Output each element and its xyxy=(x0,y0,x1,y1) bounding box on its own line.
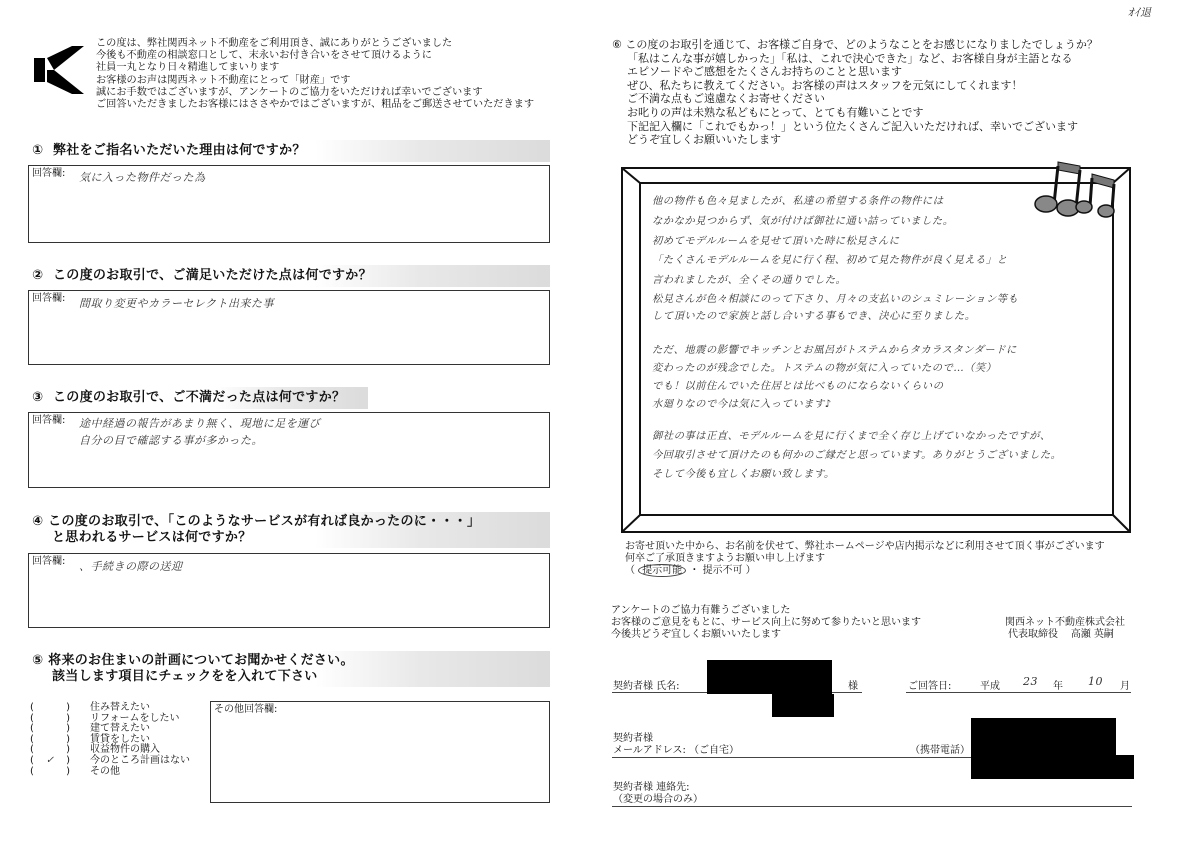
publish-not-allowed-option[interactable]: 提示不可 xyxy=(703,565,743,576)
question-4-title: ④ この度のお取引で、「このようなサービスが有れば良かったのに・・・」 と思われ… xyxy=(32,514,480,546)
plans-other-answer-box[interactable]: その他回答欄: xyxy=(210,701,550,803)
comment-line xyxy=(652,325,1061,341)
comment-line: でも！以前住んでいた住居とは比べものにならないくらいの xyxy=(652,377,1061,395)
answer-label: 回答欄: xyxy=(32,556,65,568)
publish-options: （ 提示可能 ・ 提示不可 ） xyxy=(625,565,1105,577)
name-field-redacted-2 xyxy=(772,694,834,717)
comment-line: 変わったのが残念でした。トステムの物が気に入っていたので…（笑） xyxy=(652,359,1061,377)
comment-line: 言われましたが、全くその通りでした。 xyxy=(652,271,1061,291)
publish-allowed-option[interactable]: 提示可能 xyxy=(638,564,686,577)
check-mark: ✓ xyxy=(46,756,54,767)
year-field[interactable]: 23 xyxy=(1023,675,1038,688)
question-2-title: ② この度のお取引で、ご満足いただけた点は何ですか？ xyxy=(32,268,372,284)
answer-label: 回答欄: xyxy=(32,168,65,180)
month-field[interactable]: 10 xyxy=(1088,675,1103,688)
mobile-field-redacted-2 xyxy=(971,755,1134,779)
other-answer-label: その他回答欄: xyxy=(214,704,277,716)
year-unit: 年 xyxy=(1053,681,1063,693)
plan-option[interactable]: ()その他 xyxy=(30,767,190,778)
comment-line: 初めてモデルルームを見せて頂いた時に松見さんに xyxy=(652,232,1061,252)
plans-checklist: ()住み替えたい ()リフォームをしたい ()建て替えたい ()賃貸をしたい (… xyxy=(30,703,190,777)
mobile-field-redacted[interactable] xyxy=(971,718,1116,758)
era-label: 平成 xyxy=(980,681,1000,693)
name-label: 契約者様 氏名: xyxy=(613,681,680,693)
plan-option[interactable]: ()住み替えたい xyxy=(30,703,190,714)
contact-field[interactable] xyxy=(612,806,1132,807)
plan-option[interactable]: (✓)今のところ計画はない xyxy=(30,756,190,767)
mobile-label: （携帯電話） xyxy=(910,745,970,757)
question-3-answer: 途中経過の報告があまり無く、現地に足を運び 自分の目で確認する事が多かった。 xyxy=(79,415,320,449)
corner-handwriting: ｵｲ退 xyxy=(1128,4,1152,20)
intro-text: この度は、弊社関西ネット不動産をご利用頂き、誠にありがとうございました 今後も不… xyxy=(96,38,534,111)
intro-line: 誠にお手数ではございますが、アンケートのご協力をいただければ幸いでございます xyxy=(96,87,534,99)
comment-line: そして今後も宜しくお願い致します。 xyxy=(652,465,1061,484)
question-3-title: ③ この度のお取引で、ご不満だった点は何ですか？ xyxy=(32,390,345,406)
comment-line: 他の物件も色々見ましたが、私達の希望する条件の物件には xyxy=(652,192,1061,212)
company-logo-icon xyxy=(34,46,84,94)
question-1-title: ① 弊社をご指名いただいた理由は何ですか？ xyxy=(32,143,306,159)
answer-label: 回答欄: xyxy=(32,293,65,305)
company-signature: 関西ネット不動産株式会社 代表取締役 高瀬 英嗣 xyxy=(1005,617,1125,641)
question-6-intro: ⑥ この度のお取引を通じて、お客様ご自身で、どのようなことをお感じになりましたで… xyxy=(612,38,1098,147)
name-field-redacted[interactable] xyxy=(707,660,832,694)
intro-line: この度は、弊社関西ネット不動産をご利用頂き、誠にありがとうございました xyxy=(96,38,534,50)
question-1-answer: 気に入った物件だった為 xyxy=(79,169,206,185)
comment-line: 御社の事は正直、モデルルームを見に行くまで全く存じ上げていなかったですが、 xyxy=(652,427,1061,446)
question-4-answer-box[interactable]: 回答欄: 、手続きの際の送迎 xyxy=(28,553,550,628)
comment-line: 水廻りなので今は気に入っています♪ xyxy=(652,395,1061,413)
closing-text: アンケートのご協力有難うございました お客様のご意見をもとに、サービス向上に努め… xyxy=(611,605,921,641)
question-3-answer-box[interactable]: 回答欄: 途中経過の報告があまり無く、現地に足を運び 自分の目で確認する事が多か… xyxy=(28,412,550,488)
intro-line: ご回答いただきましたお客様にはささやかではございますが、粗品をご郵送させていただ… xyxy=(96,99,534,111)
question-1-answer-box[interactable]: 回答欄: 気に入った物件だった為 xyxy=(28,165,550,243)
question-2-answer-box[interactable]: 回答欄: 間取り変更やカラーセレクト出来た事 xyxy=(28,290,550,365)
question-5-title: ⑤ 将来のお住まいの計画についてお聞かせください。 該当します項目にチェックをを… xyxy=(32,653,354,685)
representative-name: 高瀬 英嗣 xyxy=(1071,629,1114,640)
name-suffix: 様 xyxy=(848,681,858,693)
contact-label: 契約者様 連絡先: （変更の場合のみ） xyxy=(613,782,703,806)
comment-line: して頂いたので家族と話し合いする事もでき、決心に至りました。 xyxy=(652,308,1061,325)
month-unit: 月 xyxy=(1120,681,1130,693)
comment-line xyxy=(652,413,1061,427)
answer-label: 回答欄: xyxy=(32,415,65,427)
intro-line: お客様のお声は関西ネット不動産にとって「財産」です xyxy=(96,75,534,87)
customer-comment: 他の物件も色々見ましたが、私達の希望する条件の物件には なかなか見つからず、気が… xyxy=(652,192,1061,484)
intro-line: 社員一丸となり日々精進してまいります xyxy=(96,62,534,74)
comment-line: 松見さんが色々相談にのって下さり、月々の支払いのシュミレーション等も xyxy=(652,291,1061,308)
answer-date-label: ご回答日: xyxy=(908,681,951,693)
publish-consent: お寄せ頂いた中から、お名前を伏せて、弊社ホームページや店内掲示などに利用させて頂… xyxy=(625,541,1105,576)
email-label: 契約者様 メールアドレス: （ご自宅） xyxy=(613,733,739,757)
company-name: 関西ネット不動産株式会社 xyxy=(1005,617,1125,629)
question-4-answer: 、手続きの際の送迎 xyxy=(79,558,183,574)
comment-line: なかなか見つからず、気が付けば御社に通い詰っていました。 xyxy=(652,212,1061,232)
comment-line: ただ、地震の影響でキッチンとお風呂がトステムからタカラスタンダードに xyxy=(652,341,1061,359)
intro-line: 今後も不動産の相談窓口として、末永いお付き合いをさせて頂けるように xyxy=(96,50,534,62)
comment-line: 今回取引させて頂けたのも何かのご縁だと思っています。ありがとうございました。 xyxy=(652,446,1061,465)
question-2-answer: 間取り変更やカラーセレクト出来た事 xyxy=(79,295,274,311)
comment-line: 「たくさんモデルルームを見に行く程、初めて見た物件が良く見える」と xyxy=(652,251,1061,271)
